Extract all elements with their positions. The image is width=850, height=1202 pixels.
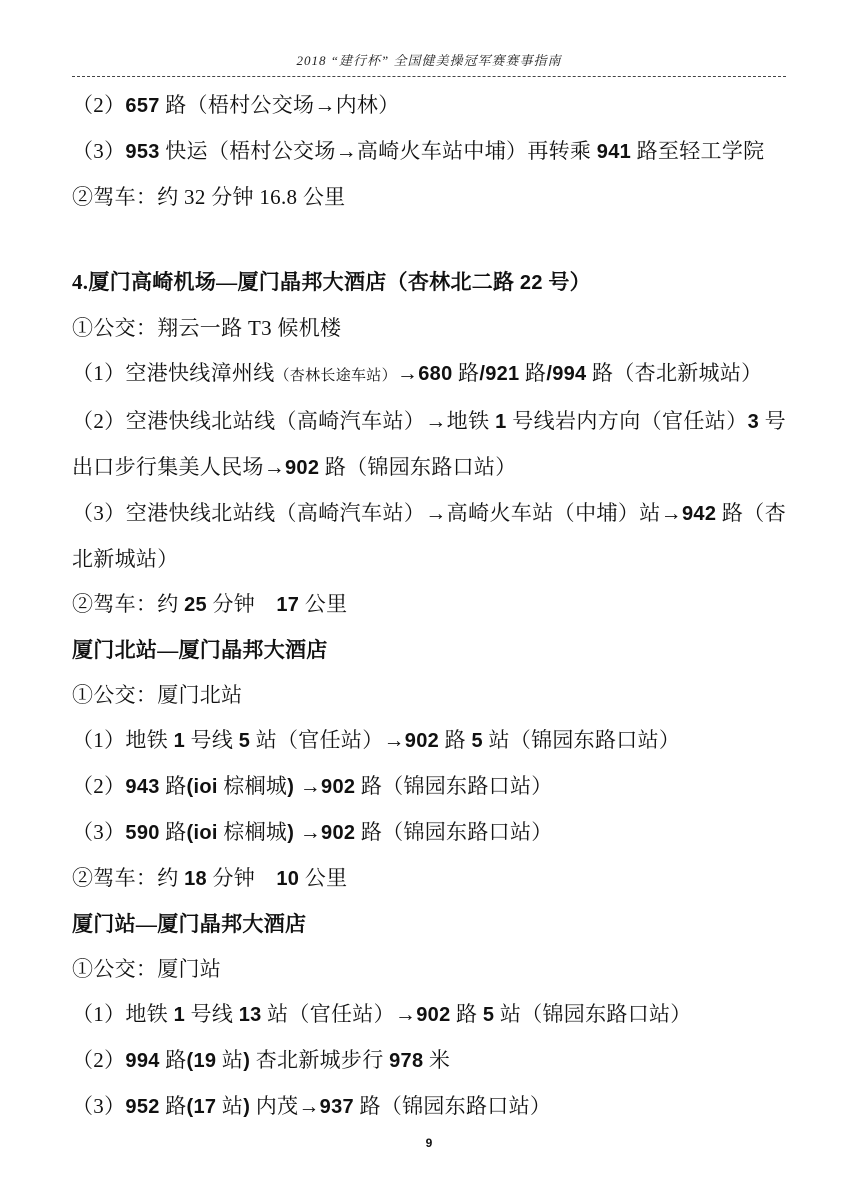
section-heading: 厦门站—厦门晶邦大酒店	[72, 902, 786, 947]
text-segment: 4.厦门高崎机场—厦门晶邦大酒店（杏林北二路	[72, 270, 520, 294]
text-segment: →	[294, 774, 321, 798]
text-segment: ①公交：厦门北站	[72, 683, 242, 707]
document-line: ①公交：厦门站	[72, 947, 786, 992]
text-segment: 站（锦园东路口站）	[494, 1002, 691, 1026]
text-segment: 1	[174, 1004, 185, 1026]
text-segment: 快运（梧村公交场→高崎火车站中埔）再转乘	[160, 139, 597, 163]
text-segment: →	[294, 820, 321, 844]
text-segment: 17	[276, 594, 299, 616]
document-line: ②驾车：约 25 分钟 17 公里	[72, 582, 786, 628]
text-segment: 路	[439, 728, 471, 752]
text-segment: 5	[471, 730, 482, 752]
text-segment: （3）空港快线北站线（高崎汽车站）→高崎火车站（中埔）站→	[72, 501, 682, 525]
text-segment: 公里	[299, 866, 347, 890]
text-segment: →	[397, 361, 418, 385]
text-segment: 952	[125, 1096, 159, 1118]
text-segment: 978	[389, 1050, 423, 1072]
text-segment: ①公交：翔云一路 T3 候机楼	[72, 316, 341, 340]
text-segment: 937	[320, 1096, 354, 1118]
text-segment: 1	[174, 730, 185, 752]
text-segment: 路	[451, 1002, 483, 1026]
text-segment: 路	[453, 361, 480, 385]
text-segment: (ioi	[187, 776, 218, 798]
text-segment: 路（锦园东路口站）	[354, 1094, 551, 1118]
document-page: 2018 “建行杯” 全国健美操冠军赛赛事指南 （2）657 路（梧村公交场→内…	[0, 0, 850, 1202]
text-segment: 站	[216, 1048, 243, 1072]
text-segment: 号线	[185, 728, 239, 752]
text-segment: 10	[276, 868, 299, 890]
text-segment: /921	[479, 363, 519, 385]
document-line: （1）地铁 1 号线 13 站（官任站）→902 路 5 站（锦园东路口站）	[72, 992, 786, 1038]
text-segment: 942	[682, 503, 716, 525]
text-segment: (ioi	[187, 822, 218, 844]
text-segment: 1	[495, 411, 506, 433]
text-segment: 杏北新城步行	[250, 1048, 389, 1072]
text-segment: 站	[216, 1094, 243, 1118]
text-segment: 路（锦园东路口站）	[355, 820, 552, 844]
text-segment: 棕榈城	[218, 774, 287, 798]
text-segment: 内茂→	[250, 1094, 319, 1118]
text-segment: 13	[239, 1004, 262, 1026]
text-segment: 站（锦园东路口站）	[483, 728, 680, 752]
text-segment: 590	[125, 822, 159, 844]
text-segment: 路（杏北新城站）	[587, 361, 763, 385]
text-segment: 路	[160, 1048, 187, 1072]
text-segment: 994	[125, 1050, 159, 1072]
document-line: （3）953 快运（梧村公交场→高崎火车站中埔）再转乘 941 路至轻工学院	[72, 129, 786, 175]
text-segment: 941	[597, 141, 631, 163]
document-line: ①公交：厦门北站	[72, 673, 786, 718]
text-segment: 路	[520, 361, 547, 385]
text-segment: 路	[160, 820, 187, 844]
text-segment: 5	[239, 730, 250, 752]
text-segment: 路（锦园东路口站）	[355, 774, 552, 798]
document-line: （2）943 路(ioi 棕榈城) →902 路（锦园东路口站）	[72, 764, 786, 810]
text-segment: 公里	[299, 592, 347, 616]
text-segment: 943	[125, 776, 159, 798]
text-segment: （2）	[72, 1048, 125, 1072]
document-line: ②驾车：约 32 分钟 16.8 公里	[72, 175, 786, 220]
text-segment: （2）空港快线北站线（高崎汽车站）→地铁	[72, 409, 495, 433]
text-segment: /994	[546, 363, 586, 385]
text-segment: 号线岩内方向（官任站）	[507, 409, 748, 433]
text-segment: 分钟	[207, 866, 276, 890]
text-segment: 18	[184, 868, 207, 890]
section-heading: 厦门北站—厦门晶邦大酒店	[72, 628, 786, 673]
text-segment: 902	[416, 1004, 450, 1026]
document-line: （3）952 路(17 站) 内茂→937 路（锦园东路口站）	[72, 1084, 786, 1130]
text-segment: 路	[160, 1094, 187, 1118]
text-segment: 棕榈城	[218, 820, 287, 844]
document-line: （3）空港快线北站线（高崎汽车站）→高崎火车站（中埔）站→942 路（杏北新城站…	[72, 491, 786, 582]
text-segment: 902	[405, 730, 439, 752]
text-segment: 5	[483, 1004, 494, 1026]
text-segment: 902	[321, 822, 355, 844]
text-segment: 路	[160, 774, 187, 798]
document-line: （3）590 路(ioi 棕榈城) →902 路（锦园东路口站）	[72, 810, 786, 856]
text-segment: （2）	[72, 93, 125, 117]
page-number: 9	[72, 1136, 786, 1150]
text-segment: 25	[184, 594, 207, 616]
document-line: （2）657 路（梧村公交场→内林）	[72, 83, 786, 129]
page-header-title: 2018 “建行杯” 全国健美操冠军赛赛事指南	[72, 50, 786, 77]
text-segment: 路（锦园东路口站）	[319, 455, 516, 479]
text-segment: （3）	[72, 820, 125, 844]
text-segment: （3）	[72, 1094, 125, 1118]
section-heading: 4.厦门高崎机场—厦门晶邦大酒店（杏林北二路 22 号）	[72, 260, 786, 306]
document-body: （2）657 路（梧村公交场→内林）（3）953 快运（梧村公交场→高崎火车站中…	[72, 83, 786, 1130]
text-segment: （杏林长途车站）	[275, 368, 397, 384]
text-segment: 680	[418, 363, 452, 385]
text-segment: 站（官任站）→	[250, 728, 405, 752]
document-line: （1）空港快线漳州线（杏林长途车站）→680 路/921 路/994 路（杏北新…	[72, 351, 786, 399]
text-segment: (19	[187, 1050, 217, 1072]
document-line: ①公交：翔云一路 T3 候机楼	[72, 306, 786, 351]
text-segment: （3）	[72, 139, 125, 163]
text-segment: 3	[748, 411, 759, 433]
text-segment: 站（官任站）→	[262, 1002, 417, 1026]
document-line: （1）地铁 1 号线 5 站（官任站）→902 路 5 站（锦园东路口站）	[72, 718, 786, 764]
text-segment: 号）	[543, 270, 591, 294]
text-segment: 902	[285, 457, 319, 479]
document-line: （2）空港快线北站线（高崎汽车站）→地铁 1 号线岩内方向（官任站）3 号出口步…	[72, 399, 786, 491]
text-segment: ①公交：厦门站	[72, 957, 221, 981]
text-segment: ②驾车：约	[72, 866, 184, 890]
text-segment: （1）空港快线漳州线	[72, 361, 275, 385]
text-segment: 953	[125, 141, 159, 163]
document-line: （2）994 路(19 站) 杏北新城步行 978 米	[72, 1038, 786, 1084]
document-line: ②驾车：约 18 分钟 10 公里	[72, 856, 786, 902]
paragraph-spacer	[72, 220, 786, 260]
text-segment: ②驾车：约 32 分钟 16.8 公里	[72, 185, 345, 209]
text-segment: 路（梧村公交场→内林）	[160, 93, 400, 117]
text-segment: 分钟	[207, 592, 276, 616]
text-segment: （1）地铁	[72, 1002, 174, 1026]
text-segment: 厦门北站—厦门晶邦大酒店	[72, 638, 328, 662]
text-segment: （2）	[72, 774, 125, 798]
text-segment: 号线	[185, 1002, 239, 1026]
text-segment: 路至轻工学院	[631, 139, 764, 163]
text-segment: 厦门站—厦门晶邦大酒店	[72, 912, 306, 936]
text-segment: 22	[520, 272, 543, 294]
text-segment: (17	[187, 1096, 217, 1118]
text-segment: 657	[125, 95, 159, 117]
text-segment: ②驾车：约	[72, 592, 184, 616]
text-segment: 米	[423, 1048, 450, 1072]
text-segment: 902	[321, 776, 355, 798]
text-segment: （1）地铁	[72, 728, 174, 752]
